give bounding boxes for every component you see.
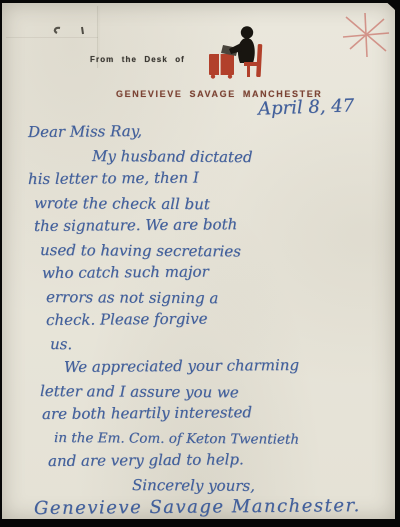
letter-date: April 8, 47 <box>258 95 355 119</box>
person-at-desk-icon <box>208 25 280 83</box>
handwritten-line: and are very glad to help. <box>48 447 395 474</box>
handwritten-line: check. Please forgive <box>46 306 395 333</box>
letter-paper: From the Desk of GENEVIEVE SAVAGE MANCHE… <box>2 3 395 519</box>
salutation: Dear Miss Ray, <box>28 118 395 145</box>
signature: Genevieve Savage Manchester. <box>34 494 395 521</box>
letterhead-from-text: From the Desk of <box>90 55 185 64</box>
letter-body: Dear Miss Ray, My husband dictated his l… <box>4 121 395 521</box>
pencil-marks <box>50 23 94 39</box>
handwritten-line: his letter to me, then I <box>28 165 395 192</box>
handwritten-line: who catch such major <box>42 259 395 286</box>
handwritten-line: are both heartily interested <box>42 400 395 427</box>
scanned-letter: From the Desk of GENEVIEVE SAVAGE MANCHE… <box>0 0 400 527</box>
handwritten-line: the signature. We are both <box>34 212 395 239</box>
handwritten-line: We appreciated your charming <box>64 353 395 379</box>
red-star-icon <box>340 11 392 59</box>
